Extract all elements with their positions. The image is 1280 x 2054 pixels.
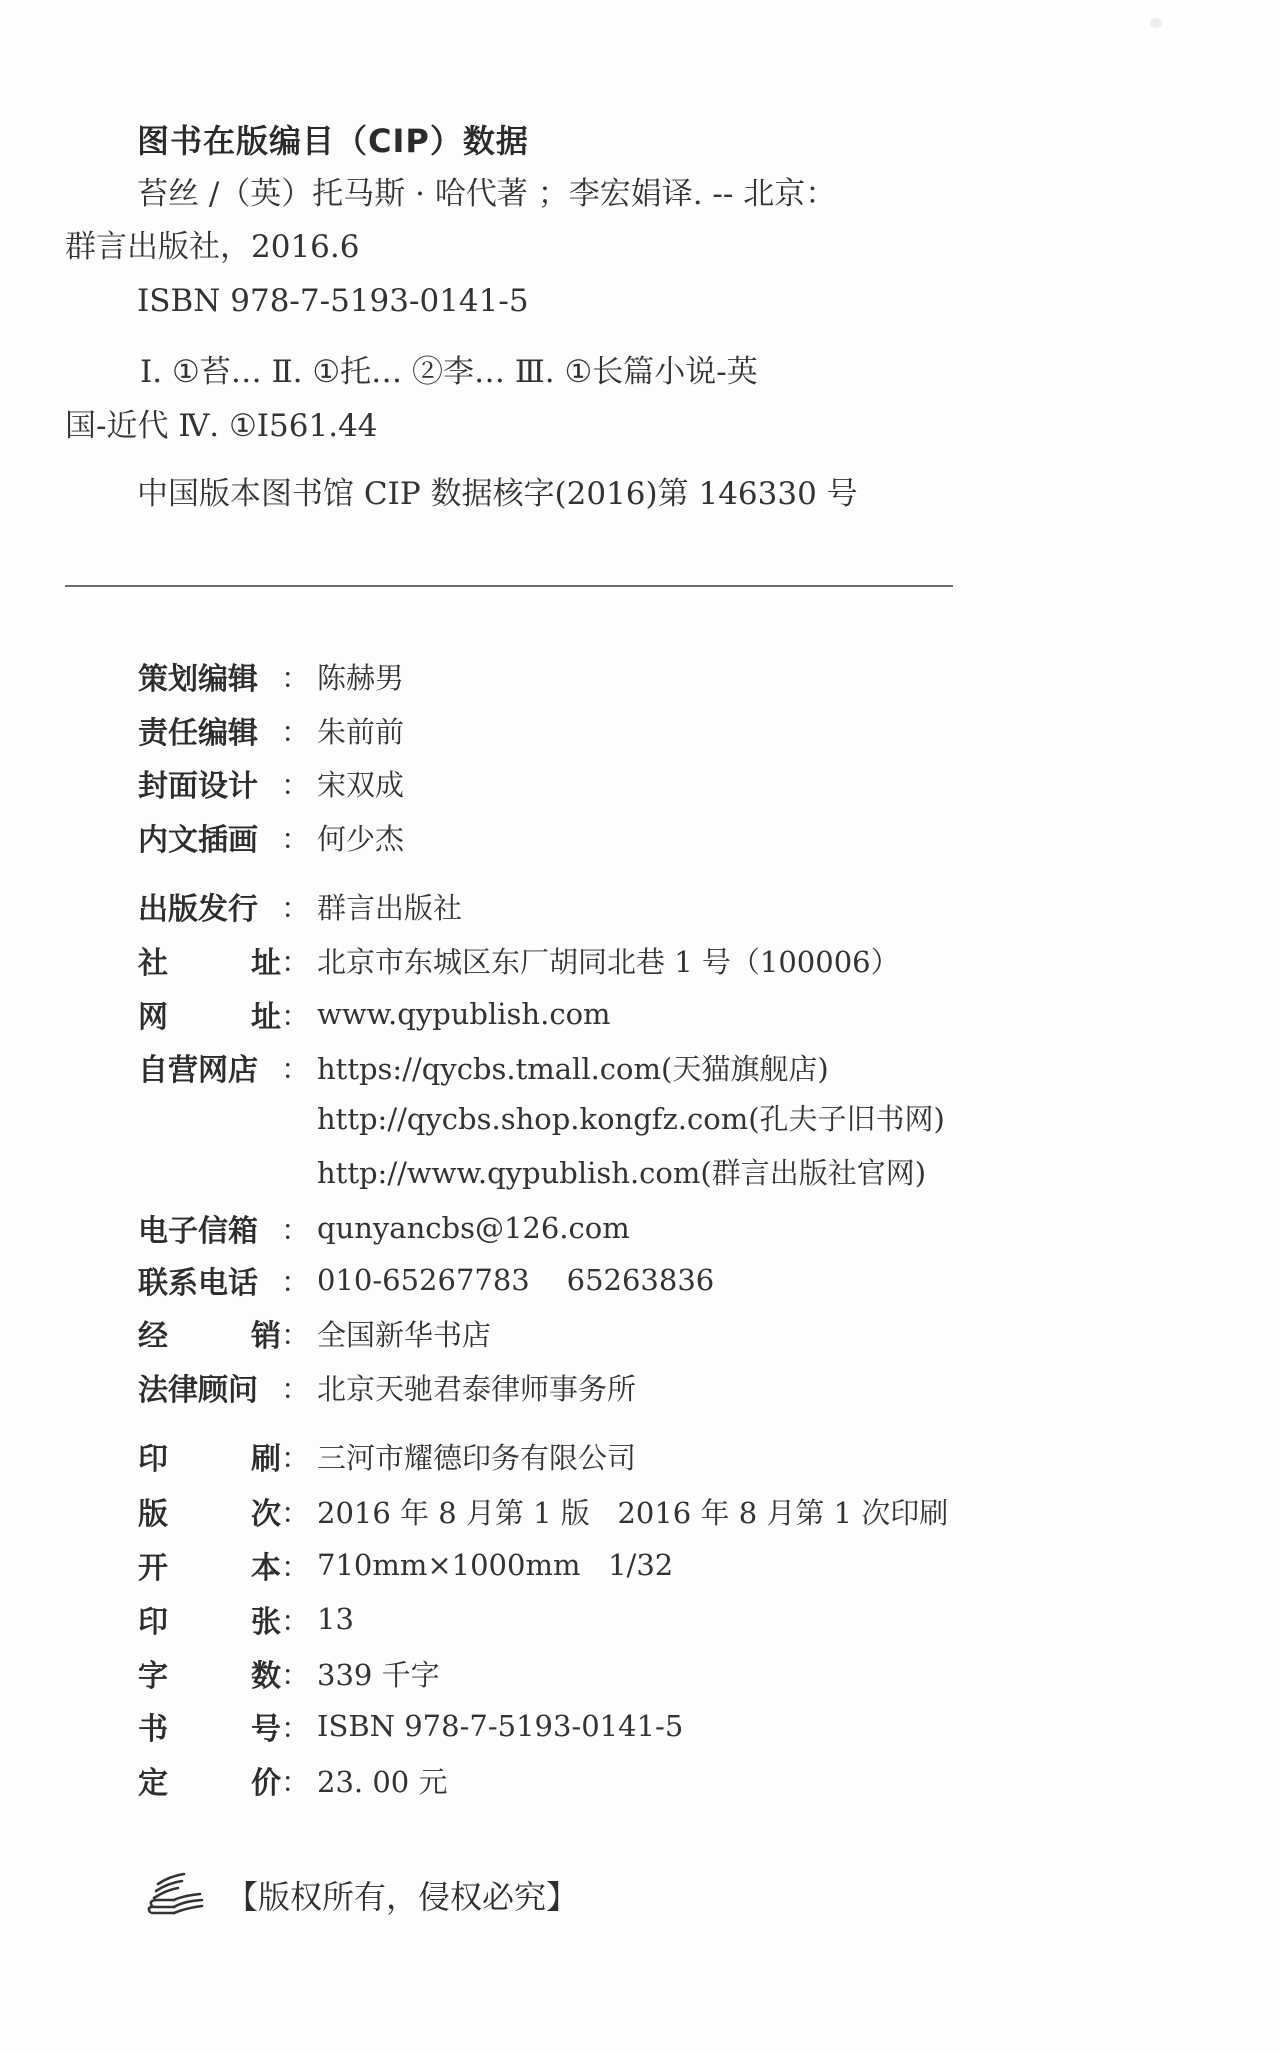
colon: ： [281, 1491, 317, 1532]
label-char: 次 [251, 1489, 281, 1533]
credit-row: 法律顾问 ： 北京天驰君泰律师事务所 [138, 1369, 636, 1405]
credit-value: 朱前前 [317, 710, 404, 751]
shop-url-3: http://www.qypublish.com(群言出版社官网) [317, 1159, 926, 1188]
label-char: 址 [251, 992, 281, 1036]
isbn-value: ISBN 978-7-5193-0141-5 [317, 1709, 683, 1743]
shop-url-1: https://qycbs.tmall.com(天猫旗舰店) [317, 1047, 829, 1088]
credit-value: 339 千字 [317, 1653, 440, 1694]
credit-value: 全国新华书店 [317, 1313, 491, 1354]
credit-row: 出版发行 ： 群言出版社 [138, 888, 462, 924]
label-char: 价 [251, 1758, 281, 1802]
credit-row: 印 刷 ： 三河市耀德印务有限公司 [138, 1438, 636, 1474]
colon: ： [281, 940, 317, 981]
colon: ： [281, 710, 317, 751]
credit-value: 北京市东城区东厂胡同北巷 1 号（100006） [317, 940, 900, 981]
colon: ： [281, 1653, 317, 1694]
phone-value: 010-65267783 65263836 [317, 1263, 714, 1297]
cip-title: 图书在版编目（CIP）数据 [137, 125, 529, 157]
credit-value: 710mm×1000mm 1/32 [317, 1548, 673, 1582]
label-char: 销 [251, 1311, 281, 1355]
credit-row: 内文插画 ： 何少杰 [138, 819, 404, 855]
credit-row: 电子信箱 ： qunyancbs@126.com [138, 1210, 630, 1246]
credit-row: 定 价 ： 23. 00 元 [138, 1762, 447, 1798]
scan-speck [1150, 18, 1162, 28]
cip-line-isbn: ISBN 978-7-5193-0141-5 [137, 286, 529, 317]
label-char: 书 [138, 1704, 168, 1748]
colon: ： [281, 817, 317, 858]
website-value: www.qypublish.com [317, 997, 611, 1031]
price-value: 23. 00 元 [317, 1760, 447, 1801]
credit-row: 策划编辑 ： 陈赫男 [138, 658, 404, 694]
label-char: 张 [251, 1597, 281, 1641]
credit-value: 宋双成 [317, 763, 404, 804]
credit-row: 经 销 ： 全国新华书店 [138, 1315, 491, 1351]
credit-row: 书 号 ： ISBN 978-7-5193-0141-5 [138, 1708, 683, 1744]
colon: ： [281, 994, 317, 1035]
credit-value: 三河市耀德印务有限公司 [317, 1436, 636, 1477]
credit-row: 字 数 ： 339 千字 [138, 1655, 440, 1691]
colon: ： [281, 1313, 317, 1354]
copyright-text: 【版权所有，侵权必究】 [226, 1872, 578, 1918]
label-char: 开 [138, 1543, 168, 1587]
colon: ： [281, 1599, 317, 1640]
colon: ： [281, 1208, 317, 1249]
cip-line-1: 苔丝 /（英）托马斯 · 哈代著 ；李宏娟译. -- 北京： [137, 179, 836, 210]
divider-rule [65, 585, 953, 587]
label-char: 刷 [251, 1434, 281, 1478]
label-char: 经 [138, 1311, 168, 1355]
label-char: 字 [138, 1651, 168, 1695]
credit-row: 责任编辑 ： 朱前前 [138, 712, 404, 748]
colon: ： [281, 763, 317, 804]
credit-value: 2016 年 8 月第 1 版 2016 年 8 月第 1 次印刷 [317, 1491, 948, 1532]
label-char: 印 [138, 1597, 168, 1641]
credit-row: 开 本 ： 710mm×1000mm 1/32 [138, 1547, 673, 1583]
colon: ： [281, 656, 317, 697]
label-char: 数 [251, 1651, 281, 1695]
copyright-notice: 【版权所有，侵权必究】 [144, 1870, 578, 1920]
label-char: 址 [251, 938, 281, 982]
credit-value: 北京天驰君泰律师事务所 [317, 1367, 636, 1408]
colon: ： [281, 1760, 317, 1801]
colon: ： [281, 1706, 317, 1747]
colon: ： [281, 1047, 317, 1088]
credit-value: 13 [317, 1602, 354, 1636]
credit-row: 社 址 ： 北京市东城区东厂胡同北巷 1 号（100006） [138, 942, 900, 978]
label-char: 版 [138, 1489, 168, 1533]
cip-line-classification-cont: 国-近代 Ⅳ. ①I561.44 [65, 411, 378, 442]
credit-row: 版 次 ： 2016 年 8 月第 1 版 2016 年 8 月第 1 次印刷 [138, 1493, 948, 1529]
colon: ： [281, 1367, 317, 1408]
colon: ： [281, 1260, 317, 1301]
cip-line-record-number: 中国版本图书馆 CIP 数据核字(2016)第 146330 号 [137, 479, 858, 510]
credit-value: 陈赫男 [317, 656, 404, 697]
colon: ： [281, 1545, 317, 1586]
cip-line-classification: Ⅰ. ①苔… Ⅱ. ①托… ②李… Ⅲ. ①长篇小说-英 [140, 357, 758, 388]
label-char: 定 [138, 1758, 168, 1802]
label-char: 本 [251, 1543, 281, 1587]
credit-row: 印 张 ： 13 [138, 1601, 354, 1637]
colon: ： [281, 886, 317, 927]
publisher-logo-icon [144, 1870, 204, 1920]
email-value: qunyancbs@126.com [317, 1211, 630, 1245]
label-char: 号 [251, 1704, 281, 1748]
label-char: 网 [138, 992, 168, 1036]
credit-row: 联系电话 ： 010-65267783 65263836 [138, 1262, 714, 1298]
credit-value: 群言出版社 [317, 886, 462, 927]
credit-row: 自营网店 ： https://qycbs.tmall.com(天猫旗舰店) [138, 1049, 829, 1085]
colon: ： [281, 1436, 317, 1477]
label-char: 社 [138, 938, 168, 982]
credit-row: 封面设计 ： 宋双成 [138, 765, 404, 801]
credit-row: 网 址 ： www.qypublish.com [138, 996, 611, 1032]
label-char: 印 [138, 1434, 168, 1478]
credit-value: 何少杰 [317, 817, 404, 858]
cip-line-2: 群言出版社，2016.6 [65, 232, 359, 263]
shop-url-2: http://qycbs.shop.kongfz.com(孔夫子旧书网) [317, 1105, 945, 1134]
